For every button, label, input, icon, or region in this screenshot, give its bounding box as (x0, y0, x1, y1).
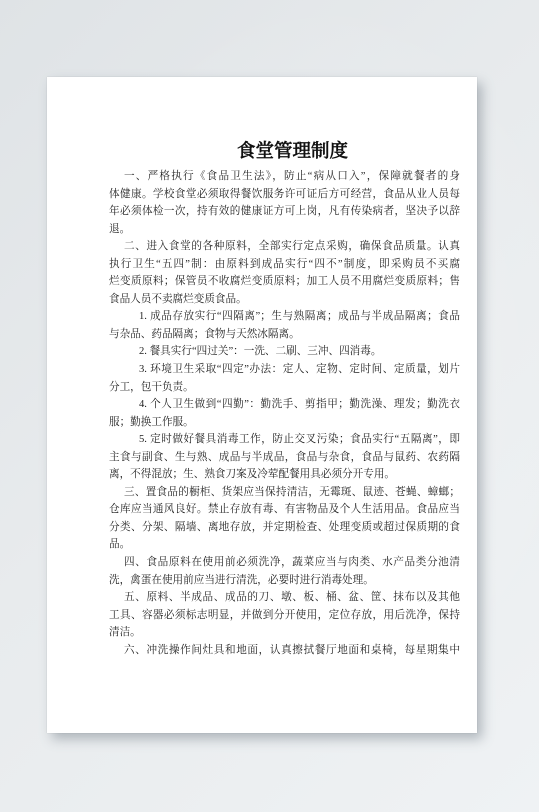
document-body: 一、严格执行《食品卫生法》，防止“病从口入”，保障就餐者的身体健康。学校食堂必须… (109, 168, 460, 659)
text-line: 退。 (109, 221, 460, 239)
document-page: 食堂管理制度 一、严格执行《食品卫生法》，防止“病从口入”，保障就餐者的身体健康… (47, 77, 477, 733)
text-line: 与杂品、药品隔离；食物与天然冰隔离。 (109, 326, 460, 344)
text-line: 分类、分架、隔墙、离地存放，并定期检查、处理变质或超过保质期的食 (109, 519, 460, 537)
text-line: 1. 成品存放实行“四隔离”；生与熟隔离；成品与半成品隔离；食品 (109, 308, 460, 326)
text-line: 离，不得混放；生、熟食刀案及冷荤配餐用具必须分开专用。 (109, 466, 460, 484)
text-line: 3. 环境卫生采取“四定”办法：定人、定物、定时间、定质量，划片 (109, 361, 460, 379)
text-line: 分工，包干负责。 (109, 379, 460, 397)
text-line: 洗，禽蛋在使用前应当进行清洗，必要时进行消毒处理。 (109, 572, 460, 590)
text-line: 年必须体检一次，持有效的健康证方可上岗，凡有传染病者，坚决予以辞 (109, 203, 460, 221)
document-content: 食堂管理制度 一、严格执行《食品卫生法》，防止“病从口入”，保障就餐者的身体健康… (109, 77, 460, 659)
text-line: 四、食品原料在使用前必须洗净，蔬菜应当与肉类、水产品类分池清 (109, 554, 460, 572)
text-line: 工具、容器必须标志明显，并做到分开使用，定位存放，用后洗净，保持 (109, 607, 460, 625)
text-line: 烂变质原料；保管员不收腐烂变质原料；加工人员不用腐烂变质原料；售 (109, 273, 460, 291)
text-line: 5. 定时做好餐具消毒工作，防止交叉污染；食品实行“五隔离”，即 (109, 431, 460, 449)
text-line: 主食与副食、生与熟、成品与半成品，食品与杂食，食品与鼠药、农药隔 (109, 449, 460, 467)
text-line: 执行卫生“五四”制：由原料到成品实行“四不”制度，即采购员不买腐 (109, 256, 460, 274)
text-line: 五、原料、半成品、成品的刀、墩、板、桶、盆、筐、抹布以及其他 (109, 589, 460, 607)
text-line: 仓库应当通风良好。禁止存放有毒、有害物品及个人生活用品。食品应当 (109, 501, 460, 519)
text-line: 2. 餐具实行“四过关”：一洗、二刷、三冲、四消毒。 (109, 343, 460, 361)
text-line: 六、冲洗操作间灶具和地面，认真擦拭餐厅地面和桌椅，每星期集中 (109, 642, 460, 660)
text-line: 品。 (109, 536, 460, 554)
text-line: 食品人员不卖腐烂变质食品。 (109, 291, 460, 309)
text-line: 三、置食品的橱柜、货架应当保持清洁，无霉斑、鼠迹、苍蝇、蟑螂； (109, 484, 460, 502)
text-line: 二、进入食堂的各种原料，全部实行定点采购，确保食品质量。认真 (109, 238, 460, 256)
text-line: 体健康。学校食堂必须取得餐饮服务许可证后方可经营，食品从业人员每 (109, 186, 460, 204)
text-line: 清洁。 (109, 624, 460, 642)
text-line: 4. 个人卫生做到“四勤”：勤洗手、剪指甲；勤洗澡、理发；勤洗衣 (109, 396, 460, 414)
text-line: 一、严格执行《食品卫生法》，防止“病从口入”，保障就餐者的身 (109, 168, 460, 186)
document-title: 食堂管理制度 (117, 139, 468, 165)
text-line: 服；勤换工作服。 (109, 414, 460, 432)
